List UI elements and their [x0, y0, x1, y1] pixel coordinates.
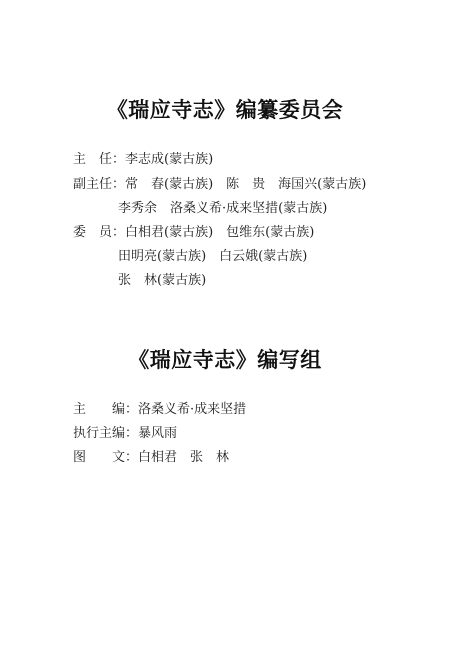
member-names: 常 春(蒙古族) 陈 贵 海国兴(蒙古族)	[125, 177, 366, 192]
role-label: 执行主编：	[73, 426, 138, 442]
committee-line: 张 林(蒙古族)	[118, 273, 206, 289]
member-names: 白相君 张 林	[138, 450, 229, 465]
committee-line: 副主任：常 春(蒙古族) 陈 贵 海国兴(蒙古族)	[73, 177, 366, 193]
role-label: 主 任：	[73, 152, 125, 168]
member-names: 田明亮(蒙古族) 白云娥(蒙古族)	[118, 249, 307, 264]
writing-group-line: 图 文：白相君 张 林	[73, 450, 229, 466]
member-names: 张 林(蒙古族)	[118, 273, 206, 288]
role-label: 副主任：	[73, 177, 125, 193]
writing-group-line: 执行主编：暴风雨	[73, 426, 177, 442]
committee-line: 田明亮(蒙古族) 白云娥(蒙古族)	[118, 249, 307, 265]
member-names: 李秀余 洛桑义希·成来坚措(蒙古族)	[118, 201, 327, 216]
role-label: 委 员：	[73, 225, 125, 241]
writing-group-line: 主 编：洛桑义希·成来坚措	[73, 402, 246, 418]
committee-line: 李秀余 洛桑义希·成来坚措(蒙古族)	[118, 201, 327, 217]
member-names: 李志成(蒙古族)	[125, 152, 213, 167]
writing-group-title: 《瑞应寺志》编写组	[0, 344, 450, 374]
committee-line: 委 员：白相君(蒙古族) 包维东(蒙古族)	[73, 225, 314, 241]
member-names: 洛桑义希·成来坚措	[138, 402, 246, 417]
committee-title: 《瑞应寺志》编纂委员会	[0, 94, 450, 124]
committee-line: 主 任：李志成(蒙古族)	[73, 152, 213, 168]
member-names: 白相君(蒙古族) 包维东(蒙古族)	[125, 225, 314, 240]
role-label: 主 编：	[73, 402, 138, 418]
role-label: 图 文：	[73, 450, 138, 466]
member-names: 暴风雨	[138, 426, 177, 441]
